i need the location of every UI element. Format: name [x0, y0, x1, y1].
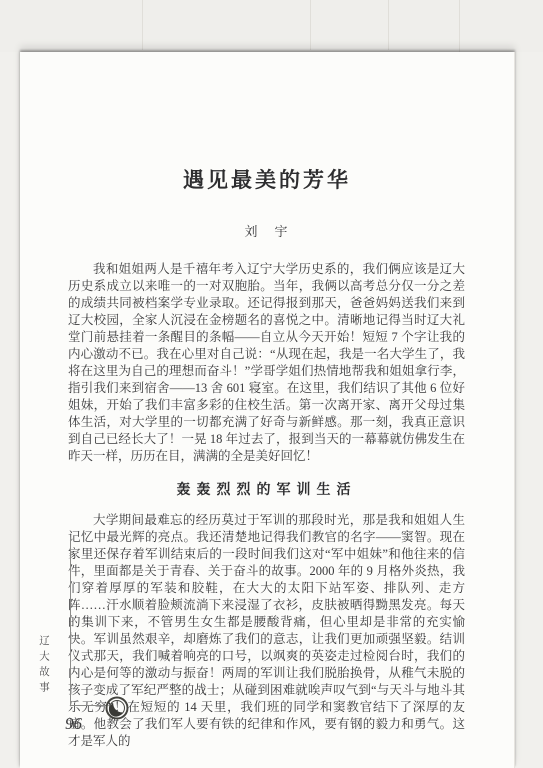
- article-body: 我和姐姐两人是千禧年考入辽宁大学历史系的，我们俩应该是辽大历史系成立以来唯一的一…: [68, 261, 465, 750]
- scan-streak: [388, 0, 389, 50]
- series-label: 辽大故事: [36, 635, 51, 697]
- scan-background: [0, 0, 543, 52]
- publisher-logo-icon: [104, 695, 130, 721]
- scan-streak: [459, 0, 460, 52]
- corner-rule-horizontal: [70, 705, 107, 706]
- page-number: 96: [65, 714, 82, 734]
- corner-rule-vertical: [70, 537, 71, 706]
- article-author: 刘 宇: [20, 221, 514, 240]
- scan-streak: [142, 0, 143, 50]
- scan-streak: [310, 0, 311, 50]
- book-page: 遇见最美的芳华 刘 宇 我和姐姐两人是千禧年考入辽宁大学历史系的，我们俩应该是辽…: [20, 52, 515, 768]
- section-heading: 轰轰烈烈的军训生活: [68, 481, 465, 498]
- paragraph-intro: 我和姐姐两人是千禧年考入辽宁大学历史系的，我们俩应该是辽大历史系成立以来唯一的一…: [68, 261, 465, 465]
- article-title: 遇见最美的芳华: [20, 164, 514, 194]
